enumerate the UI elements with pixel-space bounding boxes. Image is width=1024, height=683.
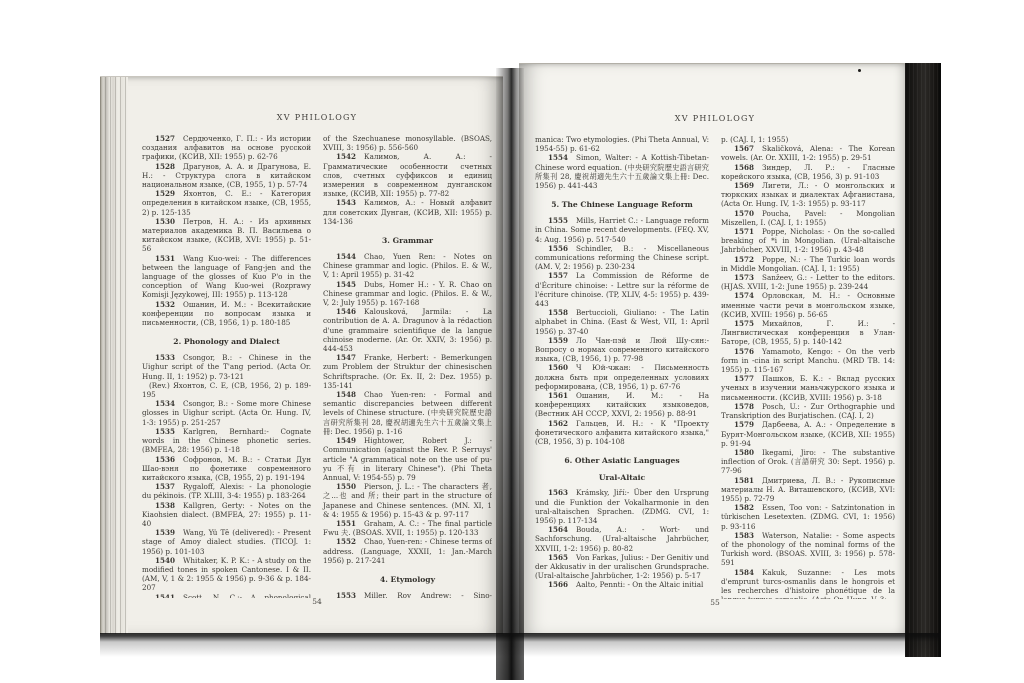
entry-number: 1557 <box>548 271 576 280</box>
bib-entry: 1530Петров, Н. А.: - Из архивных материа… <box>142 217 311 254</box>
book-gutter-shadow <box>496 68 524 680</box>
bib-entry: 1579Дарбеева, А. А.: - Определение в Бур… <box>721 420 895 448</box>
bib-entry: 1539Wang, Yü Tê (delivered): - Present s… <box>142 528 311 556</box>
bib-entry: 1540Whitaker, K. P. K.: - A study on the… <box>142 556 311 593</box>
text-columns: 1527Сердюченко, Г. П.: - Из истории созд… <box>142 134 492 598</box>
entry-number: 1578 <box>734 402 762 411</box>
bib-entry: 1581Дмитриева, Л. В.: - Рукописные матер… <box>721 476 895 504</box>
entry-number: 1534 <box>155 399 183 408</box>
bib-entry: 1543Калимов, А.: - Новый алфавит для сов… <box>323 198 492 226</box>
bib-entry: 1558Bertuccioli, Giuliano: - The Latin a… <box>535 308 709 336</box>
entry-number: 1550 <box>336 482 364 491</box>
bib-entry: 1544Chao, Yuen Ren: - Notes on Chinese g… <box>323 252 492 280</box>
entry-number: 1572 <box>734 255 762 264</box>
entry-number: 1540 <box>155 556 183 565</box>
bib-entry: 1565Von Farkas, Julius: - Der Genitiv un… <box>535 553 709 581</box>
section-heading: 3. Grammar <box>327 236 488 245</box>
entry-number: 1549 <box>336 436 364 445</box>
bib-entry: 1537Rygaloff, Alexis: - La phonologie du… <box>142 482 311 500</box>
bib-entry: 1549Hightower, Robert J.: - Communicatio… <box>323 436 492 482</box>
bib-entry: 1562Гальцев, И. Н.: - К "Проекту фонетич… <box>535 419 709 447</box>
entry-number: 1547 <box>336 353 364 362</box>
entry-number: 1542 <box>336 152 364 161</box>
entry-number: 1568 <box>734 163 762 172</box>
bib-entry: 1582Essen, Too von: - Satzintonation in … <box>721 503 895 531</box>
bib-entry: 1564Bouda, A.: - Wort- und Sachforschung… <box>535 525 709 553</box>
entry-number: 1561 <box>548 391 576 400</box>
entry-number: 1576 <box>734 347 762 356</box>
bib-entry: 1545Dubs, Homer H.: - Y. R. Chao on Chin… <box>323 280 492 308</box>
bib-entry: 1529Яхонтов, С. Е.: - Категория определе… <box>142 189 311 217</box>
entry-number: 1575 <box>734 319 762 328</box>
entry-number: 1570 <box>734 209 762 218</box>
entry-number: 1533 <box>155 353 183 362</box>
bib-entry: 1560Ч Юй-чжан: - Письменность должна быт… <box>535 363 709 391</box>
bib-entry: 1577Пашков, Б. К.: - Вклад русских учены… <box>721 374 895 402</box>
bib-entry: 1575Михайлов, Г. И.: - Лингвистическая к… <box>721 319 895 347</box>
bib-entry: 1554Simon, Walter: - A Kottish-Tibetan-C… <box>535 153 709 190</box>
page-number: 55 <box>535 598 895 607</box>
running-head: XV PHILOLOGY <box>142 113 492 122</box>
entry-number: 1563 <box>548 488 576 497</box>
entry-number: 1544 <box>336 252 364 261</box>
section-heading: 5. The Chinese Language Reform <box>539 200 705 209</box>
text-column-1: manica: Two etymologies. (Phi Theta Annu… <box>535 135 709 599</box>
bib-entry: 1570Poucha, Pavel: - Mongolian Miszellen… <box>721 209 895 227</box>
bib-entry: 1532Ошанин, И. М.: - Всекитайские конфер… <box>142 300 311 328</box>
book-scan: XV PHILOLOGY 1527Сердюченко, Г. П.: - Из… <box>0 0 1024 683</box>
right-page-content: XV PHILOLOGY manica: Two etymologies. (P… <box>535 64 895 634</box>
bib-review-note: (Rev.) Яхонтов, С. Е, (СВ, 1956, 2) p. 1… <box>142 381 311 399</box>
bib-entry: 1578Posch, U.: - Zur Orthographie und Tr… <box>721 402 895 420</box>
entry-number: 1530 <box>155 217 183 226</box>
bib-entry: 1552Chao, Yuen-ren: - Chinese terms of a… <box>323 537 492 565</box>
entry-number: 1567 <box>734 144 762 153</box>
ink-speck <box>858 69 861 72</box>
bib-entry: 1528Драгунов, А. А. и Драгунова, Е. Н.: … <box>142 162 311 190</box>
entry-number: 1555 <box>548 216 576 225</box>
entry-number: 1580 <box>734 448 762 457</box>
running-head: XV PHILOLOGY <box>535 114 895 123</box>
entry-number: 1554 <box>548 153 576 162</box>
entry-number: 1531 <box>155 254 183 263</box>
entry-number: 1569 <box>734 181 762 190</box>
bib-entry: 1533Csongor, B.: - Chinese in the Uighur… <box>142 353 311 381</box>
entry-number: 1577 <box>734 374 762 383</box>
bib-entry: 1584Kakuk, Suzanne: - Les mots d'emprunt… <box>721 568 895 599</box>
bib-entry: 1542Калимов, А. А.: - Грамматические осо… <box>323 152 492 198</box>
entry-number: 1583 <box>734 531 762 540</box>
entry-number: 1537 <box>155 482 183 491</box>
entry-number: 1584 <box>734 568 762 577</box>
left-page-content: XV PHILOLOGY 1527Сердюченко, Г. П.: - Из… <box>142 77 492 634</box>
bib-entry: 1534Csongor, B.: - Some more Chinese glo… <box>142 399 311 427</box>
bib-entry: 1569Лигети, Л.: - О монгольских и тюркск… <box>721 181 895 209</box>
bib-entry: 1548Chao Yuen-ren: - Formal and semantic… <box>323 390 492 436</box>
entry-number: 1536 <box>155 455 183 464</box>
entry-number: 1574 <box>734 291 762 300</box>
bib-entry: 1556Schindler, B.: - Miscellaneous commu… <box>535 244 709 272</box>
section-heading: 4. Etymology <box>327 575 488 584</box>
bib-entry: 1574Орловская, М. Н.: - Основные именные… <box>721 291 895 319</box>
page-number: 54 <box>142 597 492 606</box>
text-column-2: p. (CAJ. I, 1: 1955)1567Skaličková, Alen… <box>721 135 895 599</box>
entry-number: 1535 <box>155 427 183 436</box>
entry-number: 1558 <box>548 308 576 317</box>
entry-number: 1529 <box>155 189 183 198</box>
bib-entry: 1572Poppe, N.: - The Turkic loan words i… <box>721 255 895 273</box>
bib-entry: 1551Graham, A. C.: - The final particle … <box>323 519 492 537</box>
entry-number: 1545 <box>336 280 364 289</box>
bib-entry: 1571Poppe, Nicholas: - On the so-called … <box>721 227 895 255</box>
entry-number: 1562 <box>548 419 576 428</box>
entry-number: 1532 <box>155 300 183 309</box>
entry-number: 1565 <box>548 553 576 562</box>
bib-entry: 1527Сердюченко, Г. П.: - Из истории созд… <box>142 134 311 162</box>
entry-number: 1543 <box>336 198 364 207</box>
bib-entry: 1561Ошанин, И. М.: - На конференциях кит… <box>535 391 709 419</box>
entry-number: 1552 <box>336 537 364 546</box>
entry-number: 1573 <box>734 273 762 282</box>
section-subheading: Ural-Altaic <box>539 473 705 482</box>
left-page: XV PHILOLOGY 1527Сердюченко, Г. П.: - Из… <box>100 76 503 634</box>
bib-entry-continuation: of the Szechuanese monosyllable. (BSOAS,… <box>323 134 492 152</box>
bib-entry: 1580Ikegami, Jiro: - The substantive inf… <box>721 448 895 476</box>
bib-entry: 1583Waterson, Natalie: - Some aspects of… <box>721 531 895 568</box>
bib-entry: 1567Skaličková, Alena: - The Korean vowe… <box>721 144 895 162</box>
text-column-2: of the Szechuanese monosyllable. (BSOAS,… <box>323 134 492 598</box>
entry-number: 1546 <box>336 307 364 316</box>
entry-number: 1556 <box>548 244 576 253</box>
bib-entry: 1555Mills, Harriet C.: - Language reform… <box>535 216 709 244</box>
entry-number: 1527 <box>155 134 183 143</box>
bib-entry: 1559Ло Чан-пэй и Люй Шу-сян:- Вопросу о … <box>535 336 709 364</box>
entry-number: 1581 <box>734 476 762 485</box>
bib-entry: 1531Wang Kuo-wei: - The differences betw… <box>142 254 311 300</box>
bib-entry: 1546Kalousková, Jarmila: - La contributi… <box>323 307 492 353</box>
book-bottom-shadow <box>100 633 941 657</box>
bib-entry: 1566Aalto, Pennti: - On the Altaic initi… <box>535 580 709 589</box>
text-columns: manica: Two etymologies. (Phi Theta Annu… <box>535 135 895 599</box>
entry-number: 1582 <box>734 503 762 512</box>
entry-number: 1548 <box>336 390 364 399</box>
entry-number: 1528 <box>155 162 183 171</box>
page-block-edge <box>905 63 941 657</box>
entry-number: 1564 <box>548 525 576 534</box>
bib-entry-continuation: p. (CAJ. I, 1: 1955) <box>721 135 895 144</box>
bib-entry: 1576Yamamoto, Kengo: - On the verb form … <box>721 347 895 375</box>
section-heading: 6. Other Asiatic Languages <box>539 456 705 465</box>
entry-number: 1559 <box>548 336 576 345</box>
bib-entry: 1547Franke, Herbert: - Bemerkungen zum P… <box>323 353 492 390</box>
bib-entry: 1535Karlgren, Bernhard:- Cognate words i… <box>142 427 311 455</box>
text-column-1: 1527Сердюченко, Г. П.: - Из истории созд… <box>142 134 311 598</box>
bib-entry: 1538Kallgren, Gerty: - Notes on the Kiao… <box>142 501 311 529</box>
bib-entry: 1573Sanžeev, G.: - Letter to the editors… <box>721 273 895 291</box>
bib-entry: 1550Pierson, J. L.: - The characters 者, … <box>323 482 492 519</box>
entry-number: 1566 <box>548 580 576 589</box>
bib-entry-continuation: manica: Two etymologies. (Phi Theta Annu… <box>535 135 709 153</box>
bib-entry: 1563Krámsky, Jiří:- Über den Ursprung un… <box>535 488 709 525</box>
entry-number: 1539 <box>155 528 183 537</box>
entry-number: 1538 <box>155 501 183 510</box>
section-heading: 2. Phonology and Dialect <box>146 337 307 346</box>
entry-number: 1551 <box>336 519 364 528</box>
page-stack-edge <box>100 77 128 634</box>
bib-entry: 1568Зиндер, Л. Р.: - Гласные корейского … <box>721 163 895 181</box>
bib-entry: 1536Софронов, М. В.: - Статьи Дун Шао-вэ… <box>142 455 311 483</box>
entry-number: 1560 <box>548 363 576 372</box>
entry-number: 1579 <box>734 420 762 429</box>
bib-entry: 1557La Commission de Réforme de d'Écritu… <box>535 271 709 308</box>
right-page: XV PHILOLOGY manica: Two etymologies. (P… <box>519 63 905 634</box>
entry-number: 1571 <box>734 227 762 236</box>
